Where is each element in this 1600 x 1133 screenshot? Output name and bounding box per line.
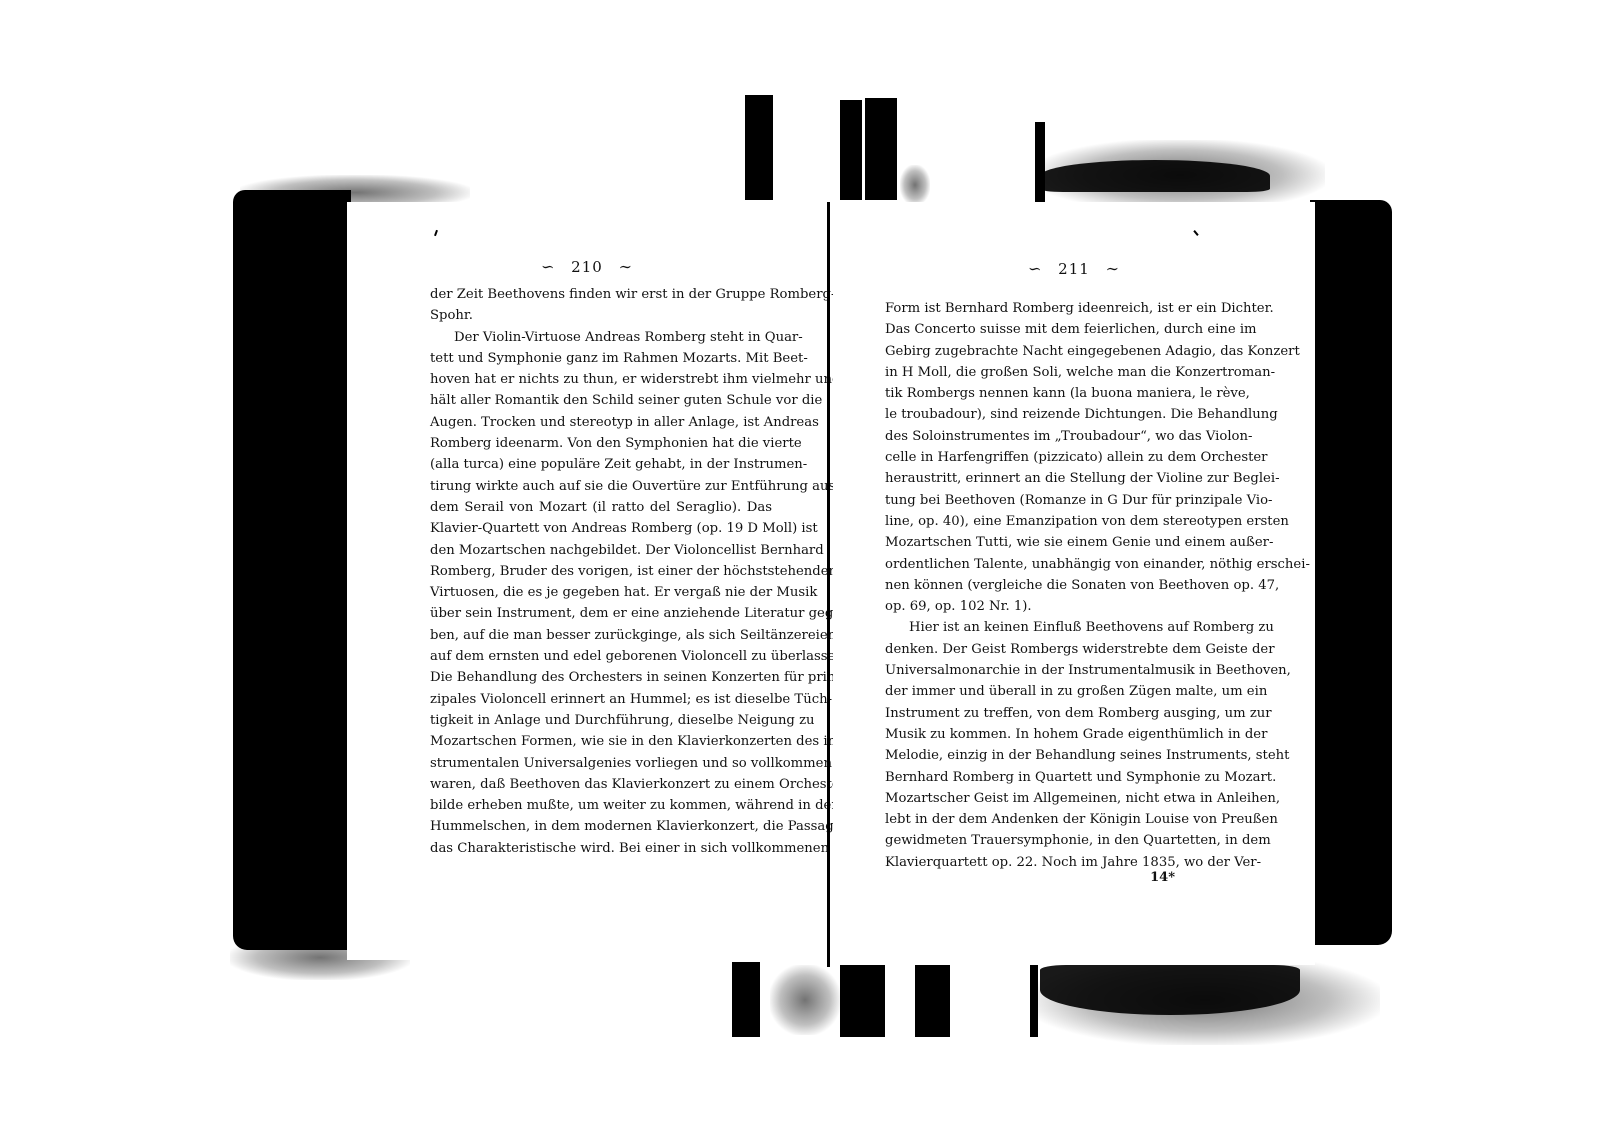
- text-line: Klavierquartett op. 22. Noch im Jahre 18…: [885, 852, 1237, 873]
- text-line: Das Concerto suisse mit dem feierlichen,…: [885, 319, 1237, 340]
- text-line: Virtuosen, die es je gegeben hat. Er ver…: [430, 582, 772, 603]
- signature-mark: 14*: [1150, 870, 1175, 885]
- page-header-left: ∽ 210 ∼: [347, 257, 827, 276]
- text-line: tik Rombergs nennen kann (la buona manie…: [885, 383, 1237, 404]
- clamp-top-3: [865, 98, 897, 200]
- text-line: des Soloinstrumentes im „Troubadour“, wo…: [885, 426, 1237, 447]
- text-line: in H Moll, die großen Soli, welche man d…: [885, 362, 1237, 383]
- text-line: Der Violin-Virtuose Andreas Romberg steh…: [430, 327, 772, 348]
- page-header-right: ∽ 211 ∼: [833, 259, 1315, 278]
- page-number: 210: [571, 258, 603, 276]
- book-gutter: [827, 202, 830, 967]
- text-line: der immer und überall in zu großen Zügen…: [885, 681, 1237, 702]
- text-line: der Zeit Beethovens finden wir erst in d…: [430, 284, 772, 305]
- text-line: Augen. Trocken und stereotyp in aller An…: [430, 412, 772, 433]
- scan-mark: [1193, 230, 1198, 236]
- text-line: Bernhard Romberg in Quartett und Symphon…: [885, 767, 1237, 788]
- text-line: lebt in der dem Andenken der Königin Lou…: [885, 809, 1237, 830]
- scan-shadow-bottom-right-core: [1040, 965, 1300, 1015]
- text-line: Romberg ideenarm. Von den Symphonien hat…: [430, 433, 772, 454]
- text-line: Mozartschen Tutti, wie sie einem Genie u…: [885, 532, 1237, 553]
- text-line: tigkeit in Anlage und Durchführung, dies…: [430, 710, 772, 731]
- clamp-bottom-1: [732, 962, 760, 1037]
- text-line: tirung wirkte auch auf sie die Ouvertüre…: [430, 476, 772, 497]
- clamp-top-noise: [900, 165, 930, 205]
- text-line: le troubadour), sind reizende Dichtungen…: [885, 404, 1237, 425]
- text-line: Die Behandlung des Orchesters in seinen …: [430, 667, 772, 688]
- text-line: Melodie, einzig in der Behandlung seines…: [885, 745, 1237, 766]
- text-line: Mozartscher Geist im Allgemeinen, nicht …: [885, 788, 1237, 809]
- text-line: auf dem ernsten und edel geborenen Violo…: [430, 646, 772, 667]
- text-line: bilde erheben mußte, um weiter zu kommen…: [430, 795, 772, 816]
- text-line: zipales Violoncell erinnert an Hummel; e…: [430, 689, 772, 710]
- text-line: celle in Harfengriffen (pizzicato) allei…: [885, 447, 1237, 468]
- text-line: dem Serail von Mozart (il ratto del Sera…: [430, 497, 772, 518]
- text-line: Instrument zu treffen, von dem Romberg a…: [885, 703, 1237, 724]
- clamp-bottom-3: [915, 962, 950, 1037]
- page-number: 211: [1058, 260, 1090, 278]
- text-line: heraustritt, erinnert an die Stellung de…: [885, 468, 1237, 489]
- text-line: über sein Instrument, dem er eine anzieh…: [430, 603, 772, 624]
- scan-edge-left: [233, 190, 351, 950]
- text-line: strumentalen Universalgenies vorliegen u…: [430, 753, 772, 774]
- text-line: Musik zu kommen. In hohem Grade eigenthü…: [885, 724, 1237, 745]
- text-line: Form ist Bernhard Romberg ideenreich, is…: [885, 298, 1237, 319]
- text-line: nen können (vergleiche die Sonaten von B…: [885, 575, 1237, 596]
- text-line: Universalmonarchie in der Instrumentalmu…: [885, 660, 1237, 681]
- text-line: (alla turca) eine populäre Zeit gehabt, …: [430, 454, 772, 475]
- text-line: Klavier-Quartett von Andreas Romberg (op…: [430, 518, 772, 539]
- text-line: tett und Symphonie ganz im Rahmen Mozart…: [430, 348, 772, 369]
- text-line: gewidmeten Trauersymphonie, in den Quart…: [885, 830, 1237, 851]
- scan-mark: [434, 230, 438, 236]
- text-line: Spohr.: [430, 305, 772, 326]
- text-line: hoven hat er nichts zu thun, er widerstr…: [430, 369, 772, 390]
- ornament-icon: ∼: [609, 257, 643, 276]
- text-line: hält aller Romantik den Schild seiner gu…: [430, 390, 772, 411]
- clamp-bottom-4: [1030, 962, 1038, 1037]
- text-line: Hier ist an keinen Einfluß Beethovens au…: [885, 617, 1237, 638]
- clamp-top-4: [1035, 122, 1045, 202]
- text-line: op. 69, op. 102 Nr. 1).: [885, 596, 1237, 617]
- ornament-icon: ∽: [531, 257, 565, 276]
- text-line: Hummelschen, in dem modernen Klavierkonz…: [430, 816, 772, 837]
- text-line: Romberg, Bruder des vorigen, ist einer d…: [430, 561, 772, 582]
- page-body-right: Form ist Bernhard Romberg ideenreich, is…: [885, 298, 1237, 873]
- clamp-bottom-2: [840, 962, 885, 1037]
- clamp-top-2: [840, 100, 862, 200]
- clamp-bottom-noise: [770, 965, 840, 1035]
- ornament-icon: ∽: [1018, 259, 1052, 278]
- text-line: ben, auf die man besser zurückginge, als…: [430, 625, 772, 646]
- scan-edge-right: [1310, 200, 1392, 945]
- text-line: das Charakteristische wird. Bei einer in…: [430, 838, 772, 859]
- book-page-right: ∽ 211 ∼ Form ist Bernhard Romberg ideenr…: [833, 202, 1315, 965]
- text-line: Gebirg zugebrachte Nacht eingegebenen Ad…: [885, 341, 1237, 362]
- text-line: den Mozartschen nachgebildet. Der Violon…: [430, 540, 772, 561]
- text-line: line, op. 40), eine Emanzipation von dem…: [885, 511, 1237, 532]
- text-line: ordentlichen Talente, unabhängig von ein…: [885, 554, 1237, 575]
- scan-shadow-top-right-core: [1040, 160, 1270, 192]
- book-page-left: ∽ 210 ∼ der Zeit Beethovens finden wir e…: [347, 202, 827, 960]
- text-line: waren, daß Beethoven das Klavierkonzert …: [430, 774, 772, 795]
- ornament-icon: ∼: [1096, 259, 1130, 278]
- text-line: Mozartschen Formen, wie sie in den Klavi…: [430, 731, 772, 752]
- text-line: denken. Der Geist Rombergs widerstrebte …: [885, 639, 1237, 660]
- clamp-top-1: [745, 95, 773, 200]
- text-line: tung bei Beethoven (Romanze in G Dur für…: [885, 490, 1237, 511]
- page-body-left: der Zeit Beethovens finden wir erst in d…: [430, 284, 772, 859]
